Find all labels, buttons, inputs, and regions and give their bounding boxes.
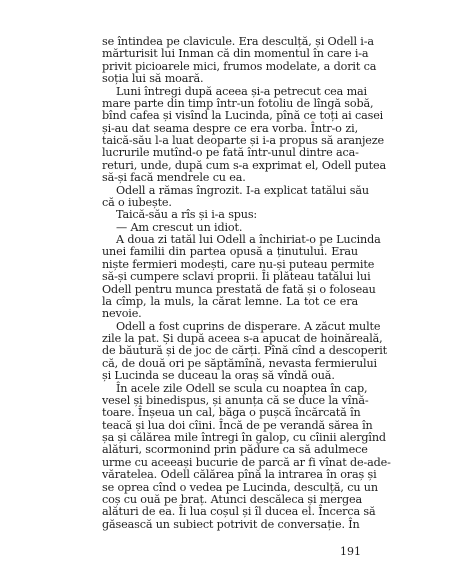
text-line: să-și cumpere sclavi proprii. Îi plăteau… bbox=[102, 271, 358, 283]
book-page-text: se întindea pe clavicule. Era desculță, … bbox=[102, 36, 358, 531]
text-line: nevoie. bbox=[102, 308, 358, 320]
text-line: și Lucinda se duceau la oraș să vîndă ou… bbox=[102, 370, 358, 382]
text-line: să-și facă mendrele cu ea. bbox=[102, 172, 358, 184]
text-line: soția lui să moară. bbox=[102, 73, 358, 85]
text-line: unei familii din partea opusă a ținutulu… bbox=[102, 246, 358, 258]
text-line: mărturisit lui Inman că din momentul în … bbox=[102, 48, 358, 60]
text-line: de băutură și de joc de cărți. Pînă cînd… bbox=[102, 345, 358, 357]
text-line: Taică-său a rîs și i-a spus: bbox=[102, 209, 358, 221]
text-line: găsească un subiect potrivit de conversa… bbox=[102, 519, 358, 531]
text-line: toare. Înșeua un cal, băga o pușcă încăr… bbox=[102, 407, 358, 419]
text-line: lucrurile mutînd-o pe fată într-unul din… bbox=[102, 147, 358, 159]
page-number: 191 bbox=[340, 545, 358, 558]
text-line: văratelea. Odell călărea pînă la intrare… bbox=[102, 469, 358, 481]
text-line: alături de ea. Îi lua coșul și îl ducea … bbox=[102, 506, 358, 518]
text-line: alături, scormonind prin pădure ca să ad… bbox=[102, 444, 358, 456]
text-line: bînd cafea și visînd la Lucinda, pînă ce… bbox=[102, 110, 358, 122]
